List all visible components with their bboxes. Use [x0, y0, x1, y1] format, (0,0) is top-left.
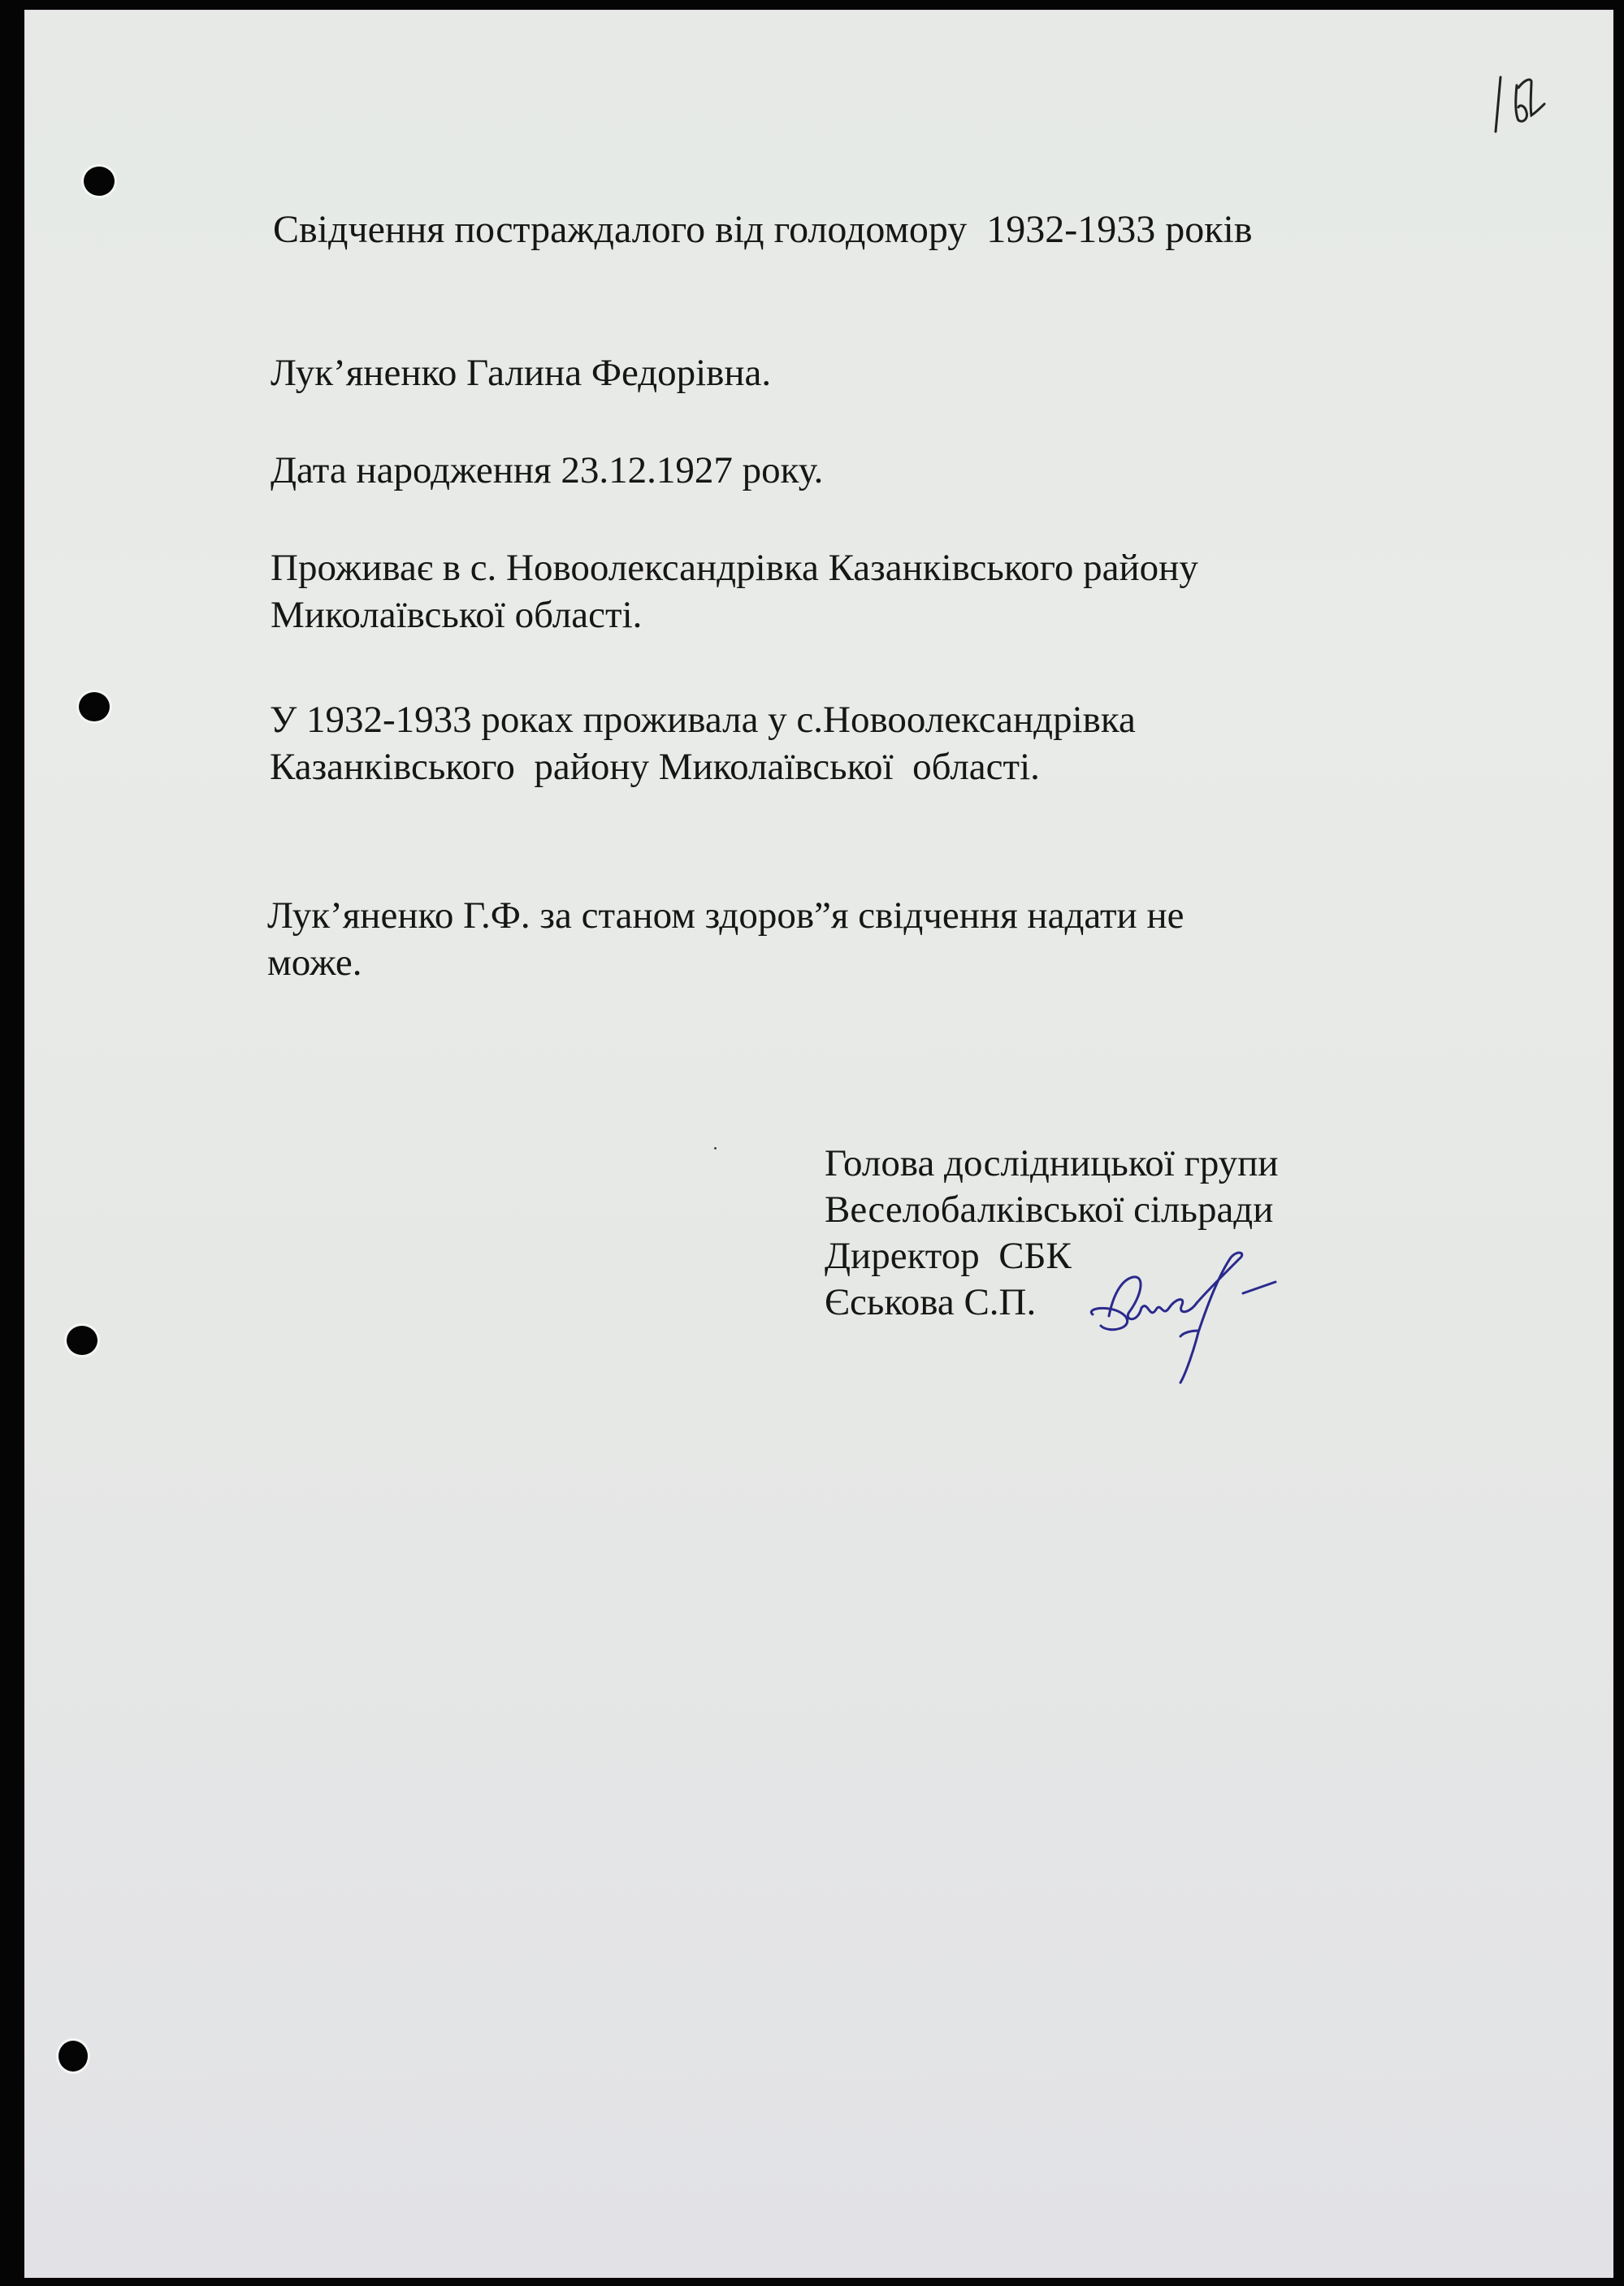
- handwritten-page-number-icon: [1491, 65, 1556, 138]
- document-title: Свідчення постраждалого від голодомору 1…: [273, 210, 1253, 249]
- signatory-name: Єськова С.П.: [825, 1284, 1036, 1322]
- punch-hole: [84, 167, 115, 196]
- residence-line-1: Проживає в с. Новоолександрівка Казанків…: [271, 549, 1198, 587]
- handwritten-signature-icon: [1076, 1251, 1320, 1393]
- famine-residence-line-2: Казанківського району Миколаївської обла…: [270, 748, 1040, 786]
- birth-date: Дата народження 23.12.1927 року.: [271, 452, 823, 490]
- signature-title-line-3: Директор СБК: [825, 1237, 1072, 1275]
- signature-title-line-1: Голова дослідницької групи: [825, 1145, 1279, 1183]
- famine-residence-line-1: У 1932-1933 роках проживала у с.Новоолек…: [270, 701, 1136, 739]
- signature-title-line-2: Веселобалківської сільради: [825, 1191, 1273, 1229]
- punch-hole: [58, 2041, 88, 2072]
- statement-line-2: може.: [267, 944, 362, 982]
- document-page: [25, 11, 1613, 2277]
- witness-name: Лук’яненко Галина Федорівна.: [271, 354, 771, 392]
- residence-line-2: Миколаївської області.: [271, 596, 642, 634]
- punch-hole: [67, 1326, 97, 1355]
- ink-speck: [714, 1147, 717, 1149]
- statement-line-1: Лук’яненко Г.Ф. за станом здоров”я свідч…: [267, 897, 1184, 935]
- punch-hole: [79, 692, 110, 721]
